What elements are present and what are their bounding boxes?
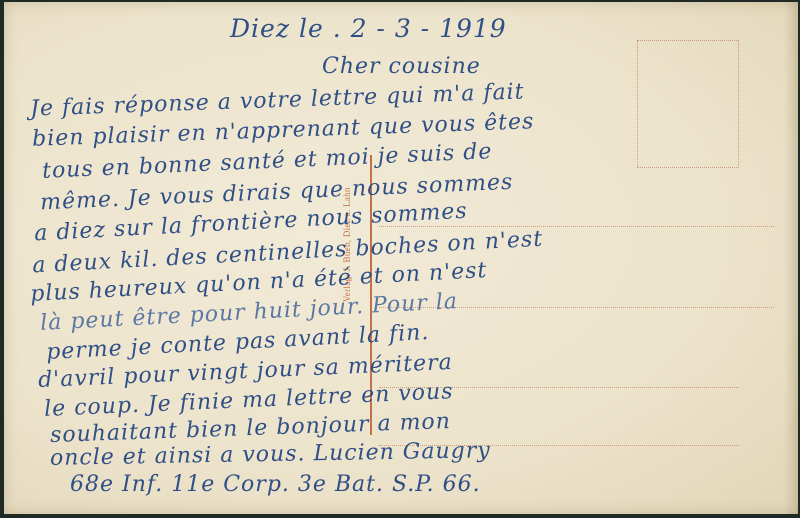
salutation: Cher cousine (322, 54, 481, 79)
card-edge-shadow (784, 2, 798, 514)
place-date: Diez le . 2 - 3 - 1919 (230, 14, 507, 43)
address-line-1 (379, 226, 774, 227)
military-address: 68e Inf. 11e Corp. 3e Bat. S.P. 66. (70, 472, 481, 497)
postcard: Verlag: J. Bueb, Diez a. Lahn Diez le . … (4, 2, 798, 514)
stamp-box (637, 40, 739, 168)
